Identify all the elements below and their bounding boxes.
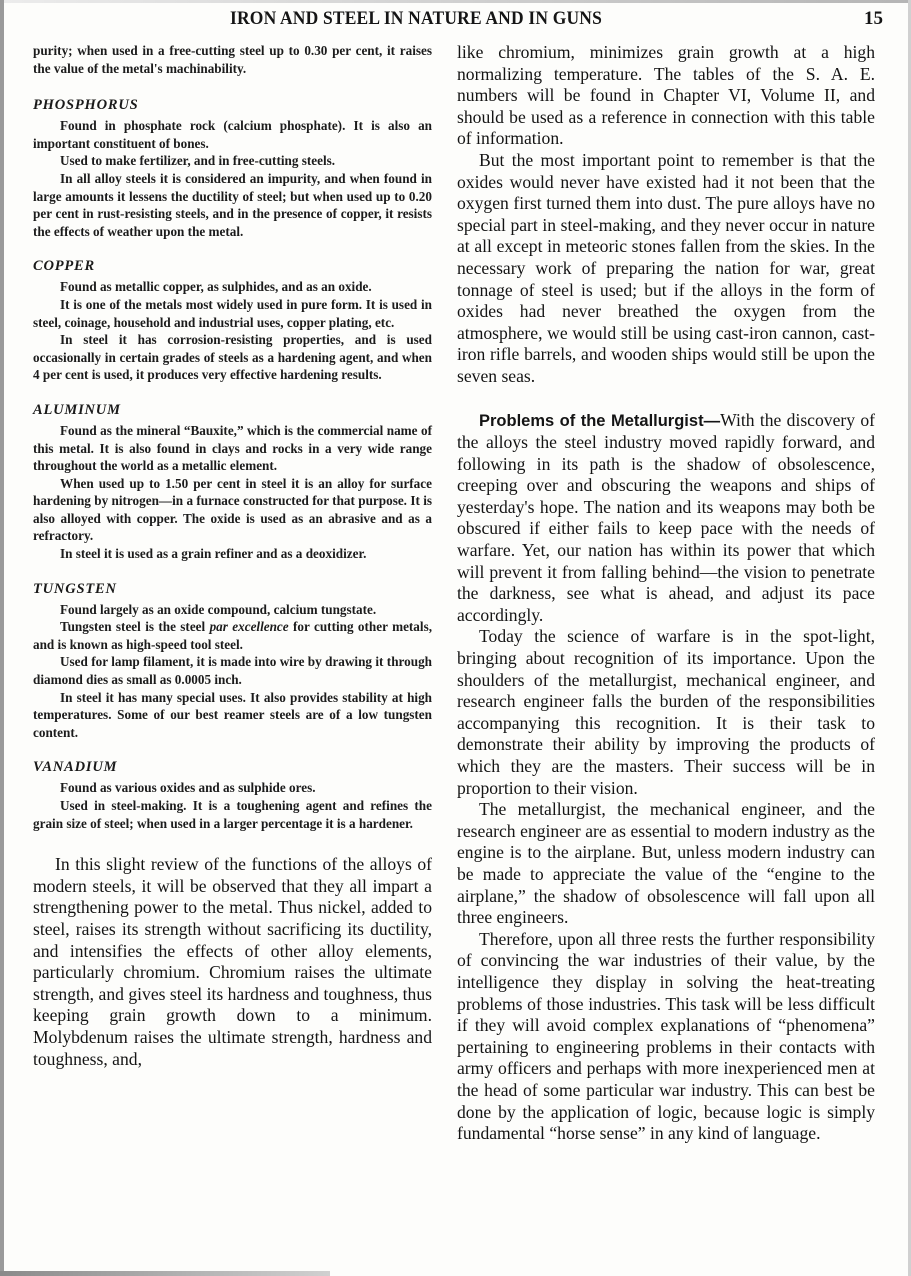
paragraph: Found in phosphate rock (calcium phospha…	[33, 117, 432, 152]
paragraph: Used for lamp filament, it is made into …	[33, 653, 432, 688]
section-heading: COPPER	[33, 258, 432, 275]
section-aluminum: ALUMINUM Found as the mineral “Bauxite,”…	[33, 402, 432, 563]
paragraph: Used to make fertilizer, and in free-cut…	[33, 152, 432, 170]
paragraph: When used up to 1.50 per cent in steel i…	[33, 475, 432, 545]
text: Tungsten steel is the steel	[60, 619, 210, 634]
alloy-reference-list: purity; when used in a free-cutting stee…	[33, 42, 432, 832]
page-edge-bottom	[0, 1271, 330, 1276]
section-copper: COPPER Found as metallic copper, as sulp…	[33, 258, 432, 384]
paragraph: Therefore, upon all three rests the furt…	[457, 929, 875, 1145]
page-number: 15	[864, 8, 883, 30]
paragraph: like chromium, minimizes grain growth at…	[457, 42, 875, 150]
paragraph: Found as various oxides and as sulphide …	[33, 779, 432, 797]
carryover-paragraph: purity; when used in a free-cutting stee…	[33, 42, 432, 77]
running-head: IRON AND STEEL IN NATURE AND IN GUNS	[230, 8, 602, 30]
paragraph: It is one of the metals most widely used…	[33, 296, 432, 331]
paragraph: Found as the mineral “Bauxite,” which is…	[33, 422, 432, 475]
section-heading: VANADIUM	[33, 759, 432, 776]
section-heading: ALUMINUM	[33, 402, 432, 419]
paragraph: Used in steel-making. It is a toughening…	[33, 797, 432, 832]
page-edge-left	[0, 0, 4, 1276]
run-in-heading: Problems of the Metallurgist—	[479, 412, 720, 430]
section-heading: TUNGSTEN	[33, 581, 432, 598]
section-phosphorus: PHOSPHORUS Found in phosphate rock (calc…	[33, 97, 432, 240]
page-edge-top	[0, 0, 911, 3]
section-tungsten: TUNGSTEN Found largely as an oxide compo…	[33, 581, 432, 742]
section-vanadium: VANADIUM Found as various oxides and as …	[33, 759, 432, 832]
paragraph: In all alloy steels it is considered an …	[33, 170, 432, 240]
text: With the discovery of the alloys the ste…	[457, 410, 875, 625]
left-column: purity; when used in a free-cutting stee…	[33, 42, 432, 1070]
paragraph: In steel it has many special uses. It al…	[33, 689, 432, 742]
summary-paragraph: In this slight review of the functions o…	[33, 854, 432, 1070]
body-text: like chromium, minimizes grain growth at…	[457, 42, 875, 1145]
section-heading: PHOSPHORUS	[33, 97, 432, 114]
summary-block: In this slight review of the functions o…	[33, 854, 432, 1070]
section-problems-of-the-metallurgist: Problems of the Metallurgist—With the di…	[457, 410, 875, 627]
paragraph: In steel it has corrosion-resisting prop…	[33, 331, 432, 384]
paragraph: Today the science of warfare is in the s…	[457, 626, 875, 799]
paragraph: In steel it is used as a grain refiner a…	[33, 545, 432, 563]
paragraph: The metallurgist, the mechanical enginee…	[457, 799, 875, 929]
paragraph: Found as metallic copper, as sulphides, …	[33, 278, 432, 296]
italic-phrase: par excellence	[210, 619, 289, 634]
right-column: like chromium, minimizes grain growth at…	[457, 42, 875, 1145]
paragraph: Found largely as an oxide compound, calc…	[33, 601, 432, 619]
paragraph: But the most important point to remember…	[457, 150, 875, 388]
paragraph: Tungsten steel is the steel par excellen…	[33, 618, 432, 653]
